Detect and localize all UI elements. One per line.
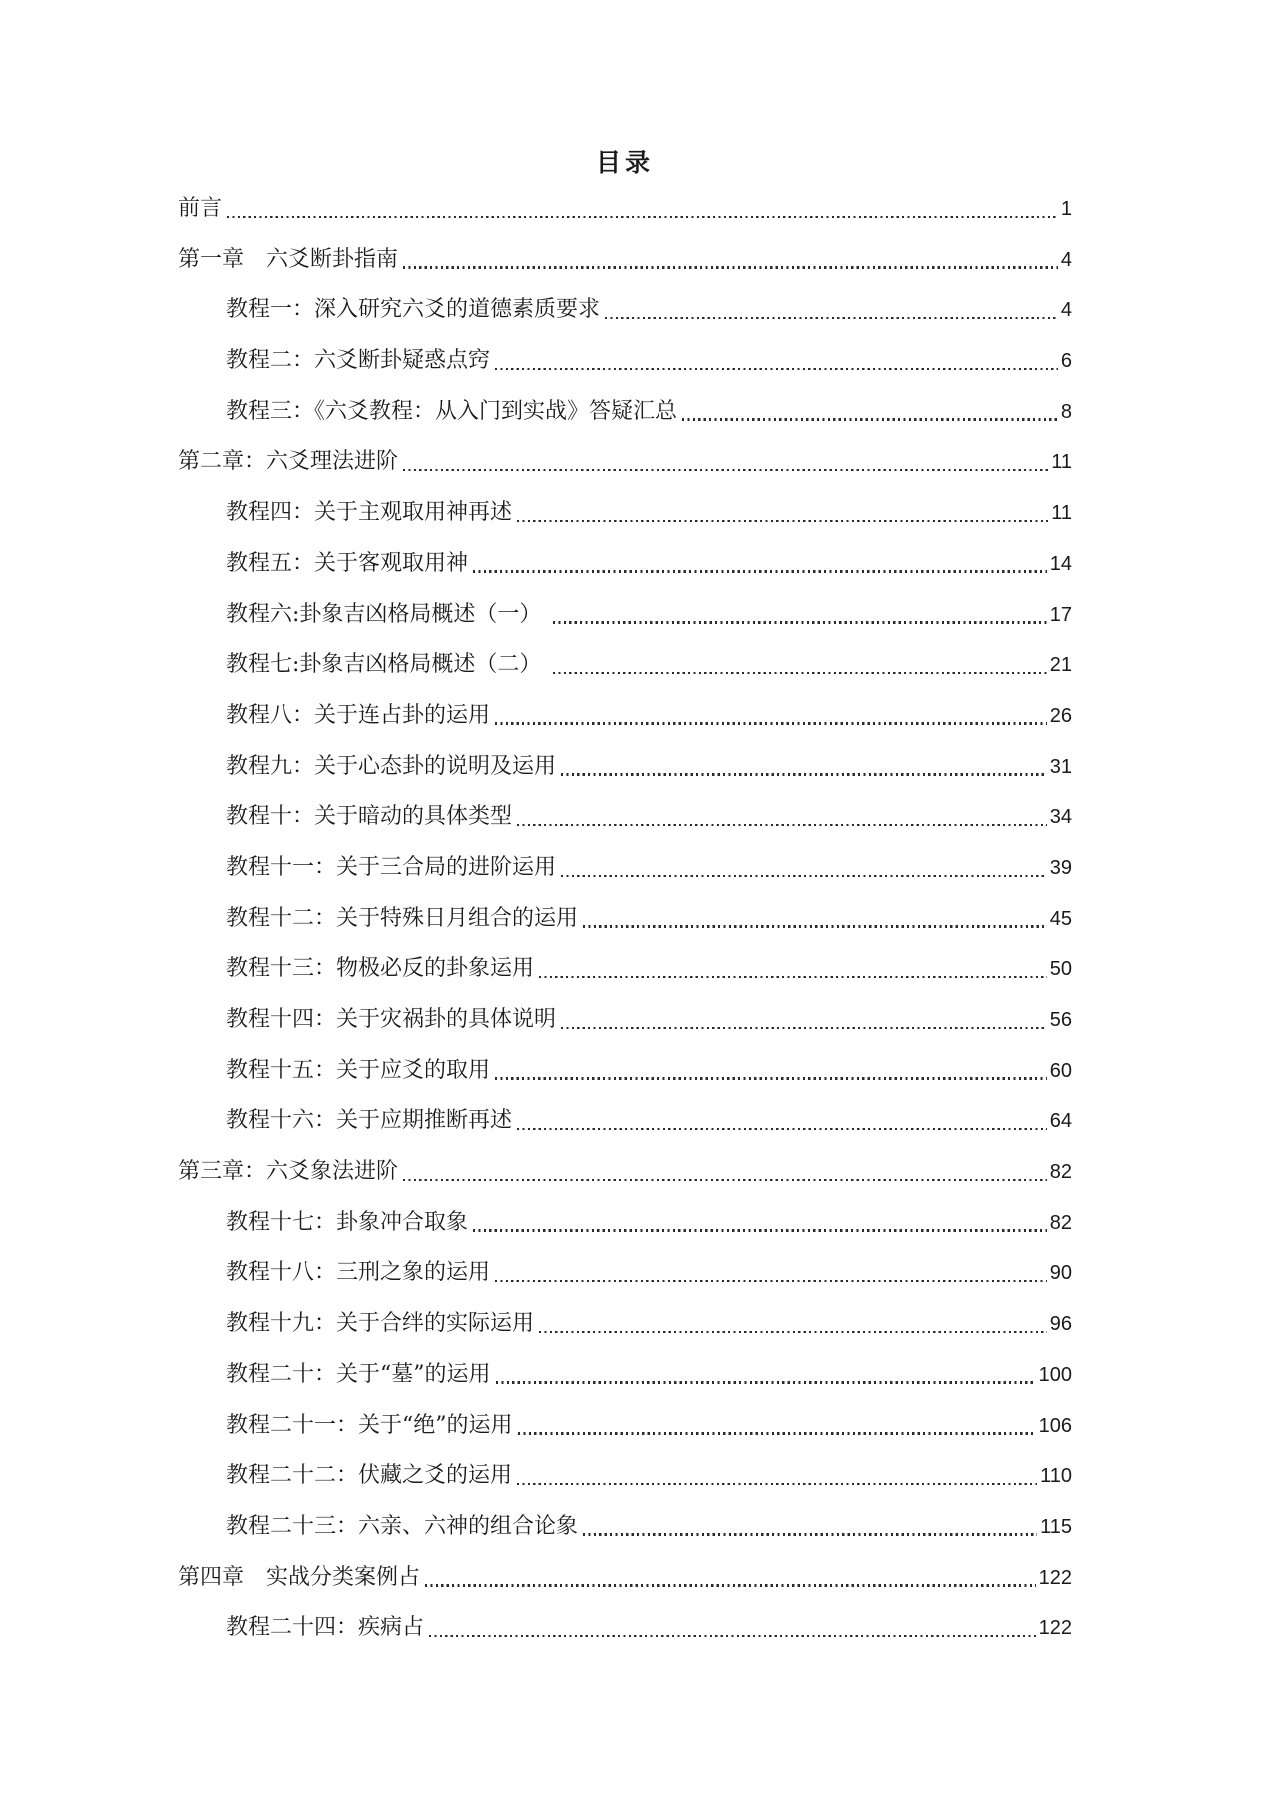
toc-entry-label: 教程二：六爻断卦疑惑点窍 (226, 347, 490, 375)
toc-dot-leader (495, 368, 1058, 370)
toc-page-number: 14 (1050, 550, 1072, 578)
toc-dot-leader (553, 621, 1046, 623)
toc-dot-leader (403, 1179, 1047, 1181)
toc-entry[interactable]: 第三章：六爻象法进阶 82 (178, 1158, 1072, 1186)
toc-page-number: 21 (1050, 651, 1072, 679)
toc-dot-leader (561, 773, 1047, 775)
toc-entry-label: 教程二十三：六亲、六神的组合论象 (226, 1513, 578, 1541)
toc-entry[interactable]: 教程七:卦象吉凶格局概述（二） 21 (178, 651, 1072, 679)
toc-entry[interactable]: 教程十五：关于应爻的取用 60 (178, 1057, 1072, 1085)
toc-dot-leader (539, 1331, 1047, 1333)
toc-entry[interactable]: 教程一：深入研究六爻的道德素质要求 4 (178, 296, 1072, 324)
toc-entry[interactable]: 教程二十：关于“墓”的运用 100 (178, 1361, 1072, 1389)
toc-entry-label: 教程二十一：关于“绝”的运用 (226, 1412, 513, 1440)
toc-page-number: 122 (1039, 1564, 1072, 1592)
document-page: 目录 前言 1 第一章 六爻断卦指南 4 教程一：深入研究六爻的道德素质要求 4… (178, 0, 1072, 1665)
toc-page-number: 64 (1050, 1107, 1072, 1135)
toc-page-number: 4 (1061, 246, 1072, 274)
toc-entry[interactable]: 教程十三：物极必反的卦象运用 50 (178, 955, 1072, 983)
toc-page-number: 122 (1039, 1614, 1072, 1642)
toc-page-number: 31 (1050, 753, 1072, 781)
toc-entry[interactable]: 教程二：六爻断卦疑惑点窍 6 (178, 347, 1072, 375)
toc-entry[interactable]: 教程八：关于连占卦的运用 26 (178, 702, 1072, 730)
toc-dot-leader (518, 1432, 1036, 1434)
toc-entry-label: 教程十四：关于灾祸卦的具体说明 (226, 1006, 556, 1034)
toc-dot-leader (403, 266, 1058, 268)
toc-page-number: 56 (1050, 1006, 1072, 1034)
toc-dot-leader (473, 570, 1047, 572)
toc-page-number: 60 (1050, 1057, 1072, 1085)
toc-entry[interactable]: 教程十八：三刑之象的运用 90 (178, 1259, 1072, 1287)
toc-page-number: 50 (1050, 955, 1072, 983)
toc-page-number: 100 (1039, 1361, 1072, 1389)
toc-entry[interactable]: 教程十四：关于灾祸卦的具体说明 56 (178, 1006, 1072, 1034)
toc-entry[interactable]: 教程十六：关于应期推断再述 64 (178, 1107, 1072, 1135)
toc-entry[interactable]: 教程十九：关于合绊的实际运用 96 (178, 1310, 1072, 1338)
toc-page-number: 39 (1050, 854, 1072, 882)
toc-page-number: 82 (1050, 1209, 1072, 1237)
toc-page-number: 110 (1040, 1462, 1072, 1490)
toc-page-number: 6 (1061, 347, 1072, 375)
toc-entry-label: 前言 (178, 195, 222, 223)
toc-entry-label: 教程七:卦象吉凶格局概述（二） (226, 651, 548, 679)
toc-dot-leader (517, 1483, 1037, 1485)
toc-dot-leader (517, 1128, 1047, 1130)
toc-entry-label: 教程十一：关于三合局的进阶运用 (226, 854, 556, 882)
toc-entry[interactable]: 教程十一：关于三合局的进阶运用 39 (178, 854, 1072, 882)
toc-entry-label: 教程十：关于暗动的具体类型 (226, 803, 512, 831)
toc-entry[interactable]: 教程十七：卦象冲合取象 82 (178, 1209, 1072, 1237)
toc-dot-leader (583, 1533, 1037, 1535)
toc-entry-label: 教程二十：关于“墓”的运用 (226, 1361, 491, 1389)
toc-dot-leader (583, 925, 1047, 927)
toc-entry[interactable]: 教程十二：关于特殊日月组合的运用 45 (178, 905, 1072, 933)
toc-page-number: 4 (1061, 296, 1072, 324)
toc-entry[interactable]: 教程十：关于暗动的具体类型 34 (178, 803, 1072, 831)
toc-dot-leader (403, 469, 1048, 471)
toc-page-number: 90 (1050, 1259, 1072, 1287)
toc-page-number: 45 (1050, 905, 1072, 933)
toc-entry[interactable]: 教程二十一：关于“绝”的运用 106 (178, 1412, 1072, 1440)
toc-dot-leader (682, 418, 1058, 420)
toc-dot-leader (517, 520, 1048, 522)
toc-title: 目录 (178, 145, 1072, 181)
toc-entry-label: 教程十八：三刑之象的运用 (226, 1259, 490, 1287)
toc-page-number: 115 (1040, 1513, 1072, 1541)
toc-page-number: 106 (1039, 1412, 1072, 1440)
toc-entry[interactable]: 教程六:卦象吉凶格局概述（一） 17 (178, 601, 1072, 629)
toc-entry-label: 第三章：六爻象法进阶 (178, 1158, 398, 1186)
toc-dot-leader (495, 1280, 1047, 1282)
toc-entry[interactable]: 教程三：《六爻教程：从入门到实战》答疑汇总 8 (178, 398, 1072, 426)
toc-page-number: 11 (1051, 448, 1072, 476)
toc-dot-leader (495, 1077, 1047, 1079)
toc-page-number: 8 (1061, 398, 1072, 426)
toc-entry-label: 教程四：关于主观取用神再述 (226, 499, 512, 527)
toc-entry[interactable]: 前言 1 (178, 195, 1072, 223)
toc-entry-label: 第二章：六爻理法进阶 (178, 448, 398, 476)
toc-dot-leader (496, 1381, 1036, 1383)
toc-entry-label: 教程十九：关于合绊的实际运用 (226, 1310, 534, 1338)
toc-entry-label: 教程二十二：伏藏之爻的运用 (226, 1462, 512, 1490)
toc-entry[interactable]: 第一章 六爻断卦指南 4 (178, 246, 1072, 274)
toc-page-number: 96 (1050, 1310, 1072, 1338)
toc-dot-leader (561, 1027, 1047, 1029)
toc-list: 前言 1 第一章 六爻断卦指南 4 教程一：深入研究六爻的道德素质要求 4 教程… (178, 195, 1072, 1642)
toc-page-number: 17 (1050, 601, 1072, 629)
toc-entry-label: 教程八：关于连占卦的运用 (226, 702, 490, 730)
toc-dot-leader (429, 1635, 1036, 1637)
toc-entry[interactable]: 教程四：关于主观取用神再述 11 (178, 499, 1072, 527)
toc-entry-label: 教程十三：物极必反的卦象运用 (226, 955, 534, 983)
toc-entry[interactable]: 第二章：六爻理法进阶 11 (178, 448, 1072, 476)
toc-entry-label: 教程五：关于客观取用神 (226, 550, 468, 578)
toc-dot-leader (539, 976, 1047, 978)
toc-dot-leader (227, 216, 1058, 218)
toc-page-number: 11 (1051, 499, 1072, 527)
toc-entry[interactable]: 教程五：关于客观取用神 14 (178, 550, 1072, 578)
toc-entry-label: 教程一：深入研究六爻的道德素质要求 (226, 296, 600, 324)
toc-page-number: 34 (1050, 803, 1072, 831)
toc-entry-label: 教程二十四：疾病占 (226, 1614, 424, 1642)
toc-entry[interactable]: 教程二十四：疾病占 122 (178, 1614, 1072, 1642)
toc-page-number: 82 (1050, 1158, 1072, 1186)
toc-entry[interactable]: 教程二十三：六亲、六神的组合论象 115 (178, 1513, 1072, 1541)
toc-entry-label: 教程三：《六爻教程：从入门到实战》答疑汇总 (226, 398, 677, 426)
toc-entry-label: 教程九：关于心态卦的说明及运用 (226, 753, 556, 781)
toc-entry[interactable]: 教程二十二：伏藏之爻的运用 110 (178, 1462, 1072, 1490)
toc-dot-leader (605, 317, 1058, 319)
toc-entry-label: 教程十二：关于特殊日月组合的运用 (226, 905, 578, 933)
toc-entry[interactable]: 第四章 实战分类案例占 122 (178, 1564, 1072, 1592)
toc-entry-label: 教程十五：关于应爻的取用 (226, 1057, 490, 1085)
toc-dot-leader (553, 672, 1046, 674)
toc-entry[interactable]: 教程九：关于心态卦的说明及运用 31 (178, 753, 1072, 781)
toc-dot-leader (495, 722, 1047, 724)
toc-entry-label: 第四章 实战分类案例占 (178, 1564, 420, 1592)
toc-entry-label: 第一章 六爻断卦指南 (178, 246, 398, 274)
toc-dot-leader (473, 1229, 1047, 1231)
toc-page-number: 1 (1061, 195, 1072, 223)
toc-page-number: 26 (1050, 702, 1072, 730)
toc-entry-label: 教程六:卦象吉凶格局概述（一） (226, 601, 548, 629)
toc-entry-label: 教程十六：关于应期推断再述 (226, 1107, 512, 1135)
toc-dot-leader (517, 824, 1047, 826)
toc-entry-label: 教程十七：卦象冲合取象 (226, 1209, 468, 1237)
toc-dot-leader (425, 1584, 1036, 1586)
toc-dot-leader (561, 875, 1047, 877)
